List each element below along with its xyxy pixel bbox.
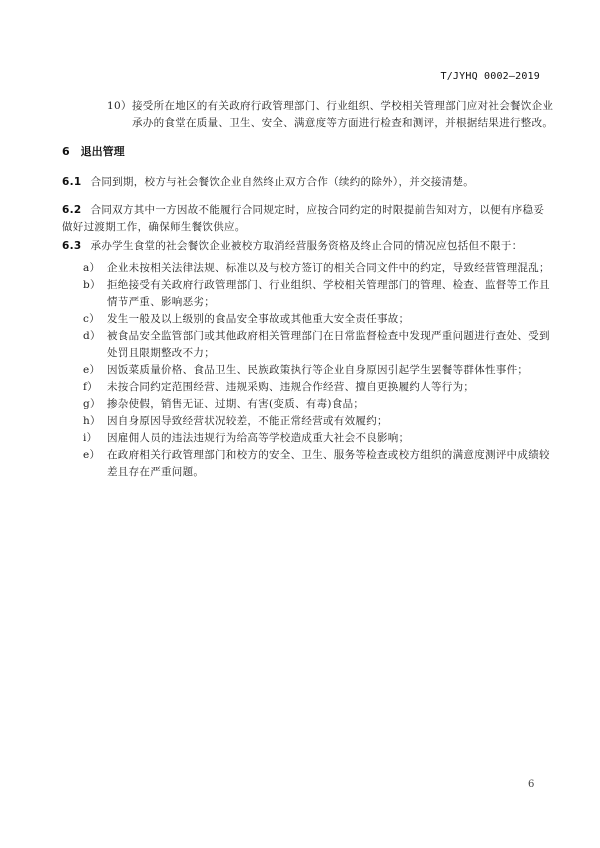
list-marker: g） — [83, 396, 101, 413]
carryover-list-item: 10） 接受所在地区的有关政府行政管理部门、行业组织、学校相关管理部门应对社会餐… — [107, 98, 557, 132]
clause-number: 6.2 — [62, 204, 82, 216]
list-item-text: 因饭菜质量价格、食品卫生、民族政策执行等企业自身原因引起学生罢餐等群体性事件； — [107, 364, 528, 376]
list-marker: e） — [83, 362, 100, 379]
list-item-text: 因自身原因导致经营状况较差，不能正常经营或有效履约； — [107, 415, 388, 427]
list-marker: a） — [83, 260, 100, 277]
clause-6-3: 6.3承办学生食堂的社会餐饮企业被校方取消经营服务资格及终止合同的情况应包括但不… — [62, 238, 552, 255]
list-marker: d） — [83, 328, 101, 345]
list-marker: e） — [83, 447, 100, 464]
list-item-text: 因雇佣人员的违法违规行为给高等学校造成重大社会不良影响； — [107, 432, 409, 444]
list-item-text: 拒绝接受有关政府行政管理部门、行业组织、学校相关管理部门的管理、检查、监督等工作… — [107, 279, 550, 308]
list-item: h）因自身原因导致经营状况较差，不能正常经营或有效履约； — [80, 413, 556, 430]
list-item: e）因饭菜质量价格、食品卫生、民族政策执行等企业自身原因引起学生罢餐等群体性事件… — [80, 362, 556, 379]
list-item-text: 未按合同约定范围经营、违规采购、违规合作经营、擅自更换履约人等行为； — [107, 381, 474, 393]
list-marker: i） — [83, 430, 97, 447]
section-title: 退出管理 — [81, 145, 125, 158]
page-number: 6 — [528, 779, 534, 790]
clause-number: 6.3 — [62, 240, 82, 252]
list-item-text: 被食品安全监管部门或其他政府相关管理部门在日常监督检查中发现严重问题进行查处、受… — [107, 330, 550, 359]
list-item: g）掺杂使假，销售无证、过期、有害(变质、有毒)食品； — [80, 396, 556, 413]
termination-conditions-list: a）企业未按相关法律法规、标准以及与校方签订的相关合同文件中的约定，导致经营管理… — [80, 260, 556, 481]
list-item: d）被食品安全监管部门或其他政府相关管理部门在日常监督检查中发现严重问题进行查处… — [80, 328, 556, 362]
list-item: i）因雇佣人员的违法违规行为给高等学校造成重大社会不良影响； — [80, 430, 556, 447]
list-item: b）拒绝接受有关政府行政管理部门、行业组织、学校相关管理部门的管理、检查、监督等… — [80, 277, 556, 311]
list-item-text: 发生一般及以上级别的食品安全事故或其他重大安全责任事故； — [107, 313, 409, 325]
list-marker: h） — [83, 413, 101, 430]
list-item: a）企业未按相关法律法规、标准以及与校方签订的相关合同文件中的约定，导致经营管理… — [80, 260, 556, 277]
list-marker: f） — [83, 379, 98, 396]
list-item: e）在政府相关行政管理部门和校方的安全、卫生、服务等检查或校方组织的满意度测评中… — [80, 447, 556, 481]
list-item-text: 掺杂使假，销售无证、过期、有害(变质、有毒)食品； — [107, 398, 364, 410]
clause-6-2: 6.2合同双方其中一方因故不能履行合同规定时，应按合同约定的时限提前告知对方，以… — [62, 202, 552, 236]
list-item-text: 企业未按相关法律法规、标准以及与校方签订的相关合同文件中的约定，导致经营管理混乱… — [107, 262, 550, 274]
section-heading: 6退出管理 — [62, 143, 125, 159]
list-marker: c） — [83, 311, 100, 328]
clause-text: 合同双方其中一方因故不能履行合同规定时，应按合同约定的时限提前告知对方，以便有序… — [62, 204, 544, 233]
clause-6-1: 6.1合同到期，校方与社会餐饮企业自然终止双方合作（续约的除外），并交接清楚。 — [62, 174, 552, 191]
clause-text: 承办学生食堂的社会餐饮企业被校方取消经营服务资格及终止合同的情况应包括但不限于： — [91, 240, 523, 252]
list-item-text: 在政府相关行政管理部门和校方的安全、卫生、服务等检查或校方组织的满意度测评中成绩… — [107, 449, 550, 478]
document-code-header: T/JYHQ 0002—2019 — [440, 71, 540, 82]
list-marker: b） — [83, 277, 101, 294]
section-number: 6 — [62, 145, 70, 158]
clause-number: 6.1 — [62, 176, 82, 188]
clause-text: 合同到期，校方与社会餐饮企业自然终止双方合作（续约的除外），并交接清楚。 — [91, 176, 475, 188]
list-item: f）未按合同约定范围经营、违规采购、违规合作经营、擅自更换履约人等行为； — [80, 379, 556, 396]
list-item: c）发生一般及以上级别的食品安全事故或其他重大安全责任事故； — [80, 311, 556, 328]
list-item-number: 10） — [107, 98, 132, 115]
list-item-text: 接受所在地区的有关政府行政管理部门、行业组织、学校相关管理部门应对社会餐饮企业承… — [107, 98, 557, 132]
